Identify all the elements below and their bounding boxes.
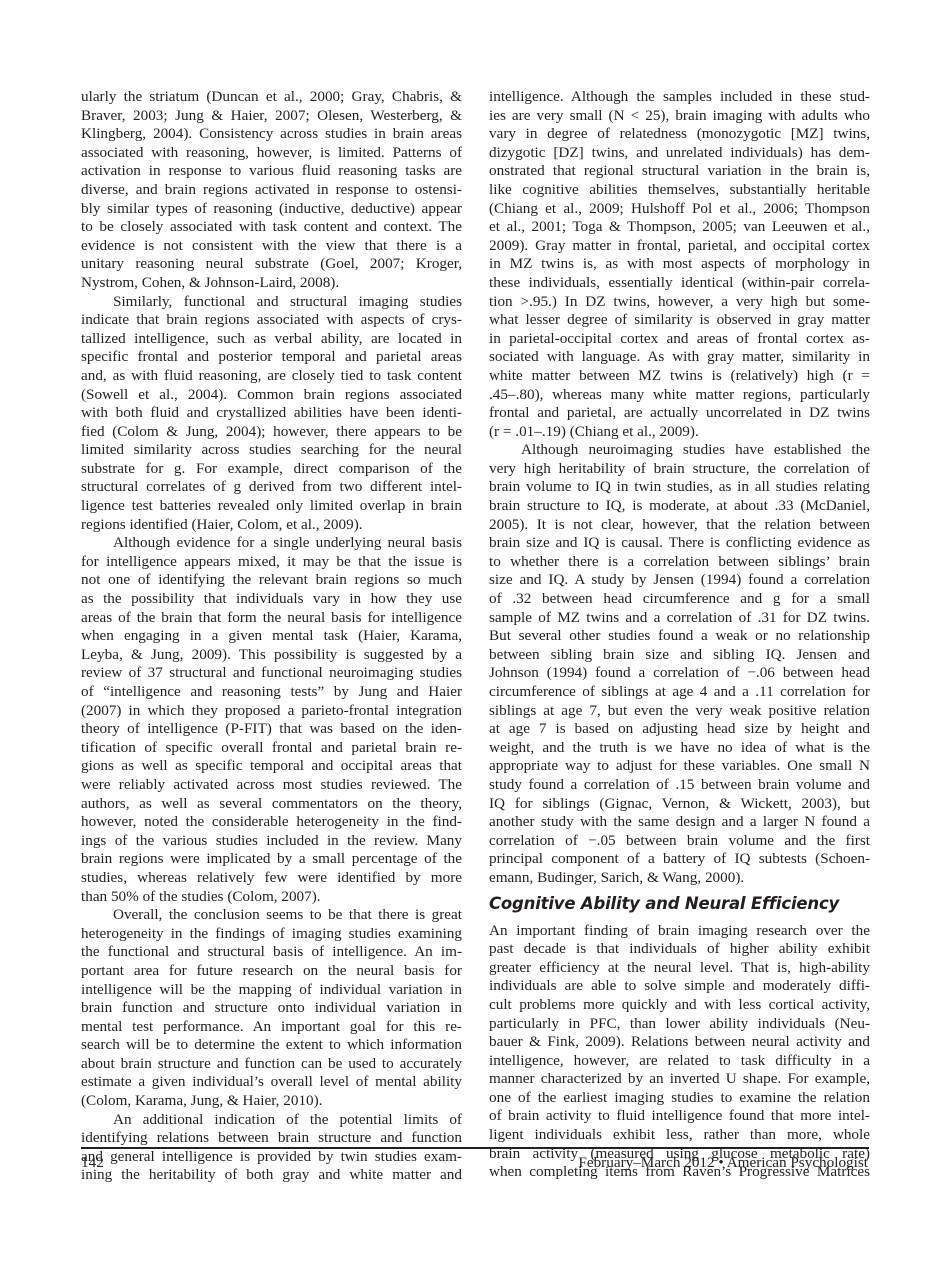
- text-line: (Colom, Karama, Jung, & Haier, 2010).: [81, 1092, 462, 1111]
- text-line: Leyba, & Jung, 2009). This possibility i…: [81, 646, 462, 665]
- text-line: frontal and parietal, are actually uncor…: [489, 404, 870, 423]
- text-line: cult problems more quickly and with less…: [489, 996, 870, 1015]
- text-line: manner characterized by an inverted U sh…: [489, 1070, 870, 1089]
- text-line: structural correlates of g derived from …: [81, 478, 462, 497]
- text-line: emann, Budinger, Sarich, & Wang, 2000).: [489, 869, 870, 888]
- text-line: weight, and the truth is we have no idea…: [489, 739, 870, 758]
- text-line: substrate for g. For example, direct com…: [81, 460, 462, 479]
- text-line: intelligence will be the mapping of indi…: [81, 981, 462, 1000]
- text-line: theory of intelligence (P-FIT) that was …: [81, 720, 462, 739]
- text-line: brain volume to IQ in twin studies, as i…: [489, 478, 870, 497]
- text-line: brain structure to IQ, is moderate, at a…: [489, 497, 870, 516]
- text-line: Although evidence for a single underlyin…: [81, 534, 462, 553]
- text-line: Johnson (1994) found a correlation of −.…: [489, 664, 870, 683]
- text-line: 2009). Gray matter in frontal, parietal,…: [489, 237, 870, 256]
- right-column: intelligence. Although the samples inclu…: [489, 88, 870, 1182]
- text-line: of brain activity to fluid intelligence …: [489, 1107, 870, 1126]
- text-line: what lesser degree of similarity is obse…: [489, 311, 870, 330]
- page-number: 142: [81, 1154, 104, 1172]
- text-line: siblings at age 7, but even the very wea…: [489, 702, 870, 721]
- text-line: Similarly, functional and structural ima…: [81, 293, 462, 312]
- text-line: associated with reasoning, however, is l…: [81, 144, 462, 163]
- text-line: brain regions were implicated by a small…: [81, 850, 462, 869]
- text-line: 2005). It is not clear, however, that th…: [489, 516, 870, 535]
- text-line: and, as with fluid reasoning, are closel…: [81, 367, 462, 386]
- text-line: of .32 between head circumference and g …: [489, 590, 870, 609]
- text-line: Overall, the conclusion seems to be that…: [81, 906, 462, 925]
- text-line: intelligence. Although the samples inclu…: [489, 88, 870, 107]
- text-line: appropriate way to adjust for these vari…: [489, 757, 870, 776]
- text-line: of “intelligence and reasoning tests” by…: [81, 683, 462, 702]
- text-line: tallized intelligence, such as verbal ab…: [81, 330, 462, 349]
- footer-rule: [81, 1147, 869, 1149]
- text-line: very high heritability of brain structur…: [489, 460, 870, 479]
- text-line: areas of the brain that form the neural …: [81, 609, 462, 628]
- text-line: sample of MZ twins and a correlation of …: [489, 609, 870, 628]
- text-line: for intelligence appears mixed, it may b…: [81, 553, 462, 572]
- text-line: Although neuroimaging studies have estab…: [489, 441, 870, 460]
- text-line: about brain structure and function can b…: [81, 1055, 462, 1074]
- text-line: white matter between MZ twins is (relati…: [489, 367, 870, 386]
- text-line: ligence test batteries revealed only lim…: [81, 497, 462, 516]
- text-line: .45–.80), whereas many white matter regi…: [489, 386, 870, 405]
- text-line: evidence is not consistent with the view…: [81, 237, 462, 256]
- section-heading: Cognitive Ability and Neural Efficiency: [489, 894, 870, 914]
- text-line: search will be to determine the extent t…: [81, 1036, 462, 1055]
- text-line: to whether there is a correlation betwee…: [489, 553, 870, 572]
- text-line: dizygotic [DZ] twins, and unrelated indi…: [489, 144, 870, 163]
- text-line: and general intelligence is provided by …: [81, 1148, 462, 1167]
- text-line: Nystrom, Cohen, & Johnson-Laird, 2008).: [81, 274, 462, 293]
- text-line: activation in response to various fluid …: [81, 162, 462, 181]
- text-line: not one of identifying the relevant brai…: [81, 571, 462, 590]
- text-line: tification of specific overall frontal a…: [81, 739, 462, 758]
- text-line: An additional indication of the potentia…: [81, 1111, 462, 1130]
- text-line: regions identified (Haier, Colom, et al.…: [81, 516, 462, 535]
- text-line: sociated with language. As with gray mat…: [489, 348, 870, 367]
- text-line: in MZ twins is, as with most aspects of …: [489, 255, 870, 274]
- text-line: ining the heritability of both gray and …: [81, 1166, 462, 1185]
- text-line: at age 7 is based on adjusting head size…: [489, 720, 870, 739]
- text-line: studies, whereas relatively few were ide…: [81, 869, 462, 888]
- text-line: et al., 2001; Toga & Thompson, 2005; van…: [489, 218, 870, 237]
- text-line: unitary reasoning neural substrate (Goel…: [81, 255, 462, 274]
- text-line: identifying relations between brain stru…: [81, 1129, 462, 1148]
- text-line: review of 37 structural and functional n…: [81, 664, 462, 683]
- text-line: But several other studies found a weak o…: [489, 627, 870, 646]
- text-line: past decade is that individuals of highe…: [489, 940, 870, 959]
- text-line: one of the earliest imaging studies to e…: [489, 1089, 870, 1108]
- text-line: bauer & Fink, 2009). Relations between n…: [489, 1033, 870, 1052]
- text-line: the functional and structural basis of i…: [81, 943, 462, 962]
- text-line: these individuals, essentially identical…: [489, 274, 870, 293]
- text-line: size and IQ. A study by Jensen (1994) fo…: [489, 571, 870, 590]
- text-line: ies are very small (N < 25), brain imagi…: [489, 107, 870, 126]
- text-line: fied (Colom & Jung, 2004); however, ther…: [81, 423, 462, 442]
- text-line: were reliably activated across most stud…: [81, 776, 462, 795]
- text-line: correlation of −.05 between brain volume…: [489, 832, 870, 851]
- text-line: circumference of siblings at age 4 and a…: [489, 683, 870, 702]
- text-line: specific frontal and posterior temporal …: [81, 348, 462, 367]
- text-line: between sibling brain size and sibling I…: [489, 646, 870, 665]
- text-line: as the possibility that individuals vary…: [81, 590, 462, 609]
- text-line: individuals are able to solve simple and…: [489, 977, 870, 996]
- text-line: (r = .01–.19) (Chiang et al., 2009).: [489, 423, 870, 442]
- text-line: greater efficiency at the neural level. …: [489, 959, 870, 978]
- text-line: Klingberg, 2004). Consistency across stu…: [81, 125, 462, 144]
- text-line: brain size and IQ is causal. There is co…: [489, 534, 870, 553]
- body-text-after-heading: An important finding of brain imaging re…: [489, 922, 870, 1182]
- text-line: principal component of a battery of IQ s…: [489, 850, 870, 869]
- body-text-before-heading: intelligence. Although the samples inclu…: [489, 88, 870, 888]
- text-line: Braver, 2003; Jung & Haier, 2007; Olesen…: [81, 107, 462, 126]
- text-line: diverse, and brain regions activated in …: [81, 181, 462, 200]
- text-line: with both fluid and crystallized abiliti…: [81, 404, 462, 423]
- text-line: vary in degree of relatedness (monozygot…: [489, 125, 870, 144]
- text-line: (Sowell et al., 2004). Common brain regi…: [81, 386, 462, 405]
- text-line: to be closely associated with task conte…: [81, 218, 462, 237]
- text-line: ligent individuals exhibit less, rather …: [489, 1126, 870, 1145]
- text-line: An important finding of brain imaging re…: [489, 922, 870, 941]
- text-line: like cognitive abilities themselves, sub…: [489, 181, 870, 200]
- text-line: ings of the various studies included in …: [81, 832, 462, 851]
- text-line: indicate that brain regions associated w…: [81, 311, 462, 330]
- journal-issue: February–March 2012 • American Psycholog…: [578, 1154, 868, 1172]
- text-line: in parietal-occipital cortex and areas o…: [489, 330, 870, 349]
- left-column: ularly the striatum (Duncan et al., 2000…: [81, 88, 462, 1185]
- text-line: particularly in PFC, than lower ability …: [489, 1015, 870, 1034]
- text-line: portant area for future research on the …: [81, 962, 462, 981]
- text-line: than 50% of the studies (Colom, 2007).: [81, 888, 462, 907]
- text-line: another study with the same design and a…: [489, 813, 870, 832]
- text-line: limited similarity across studies search…: [81, 441, 462, 460]
- text-line: when engaging in a given mental task (Ha…: [81, 627, 462, 646]
- text-line: heterogeneity in the findings of imaging…: [81, 925, 462, 944]
- text-line: tion >.95.) In DZ twins, however, a very…: [489, 293, 870, 312]
- text-line: onstrated that regional structural varia…: [489, 162, 870, 181]
- text-line: brain function and structure onto indivi…: [81, 999, 462, 1018]
- text-line: (2007) in which they proposed a parieto-…: [81, 702, 462, 721]
- text-line: intelligence, however, are related to ta…: [489, 1052, 870, 1071]
- text-line: gions as well as specific temporal and o…: [81, 757, 462, 776]
- text-line: authors, as well as several commentators…: [81, 795, 462, 814]
- text-line: bly similar types of reasoning (inductiv…: [81, 200, 462, 219]
- text-line: estimate a given individual’s overall le…: [81, 1073, 462, 1092]
- text-line: IQ for siblings (Gignac, Vernon, & Wicke…: [489, 795, 870, 814]
- text-line: ularly the striatum (Duncan et al., 2000…: [81, 88, 462, 107]
- text-line: mental test performance. An important go…: [81, 1018, 462, 1037]
- text-line: study found a correlation of .15 between…: [489, 776, 870, 795]
- text-line: (Chiang et al., 2009; Hulshoff Pol et al…: [489, 200, 870, 219]
- text-line: however, noted the considerable heteroge…: [81, 813, 462, 832]
